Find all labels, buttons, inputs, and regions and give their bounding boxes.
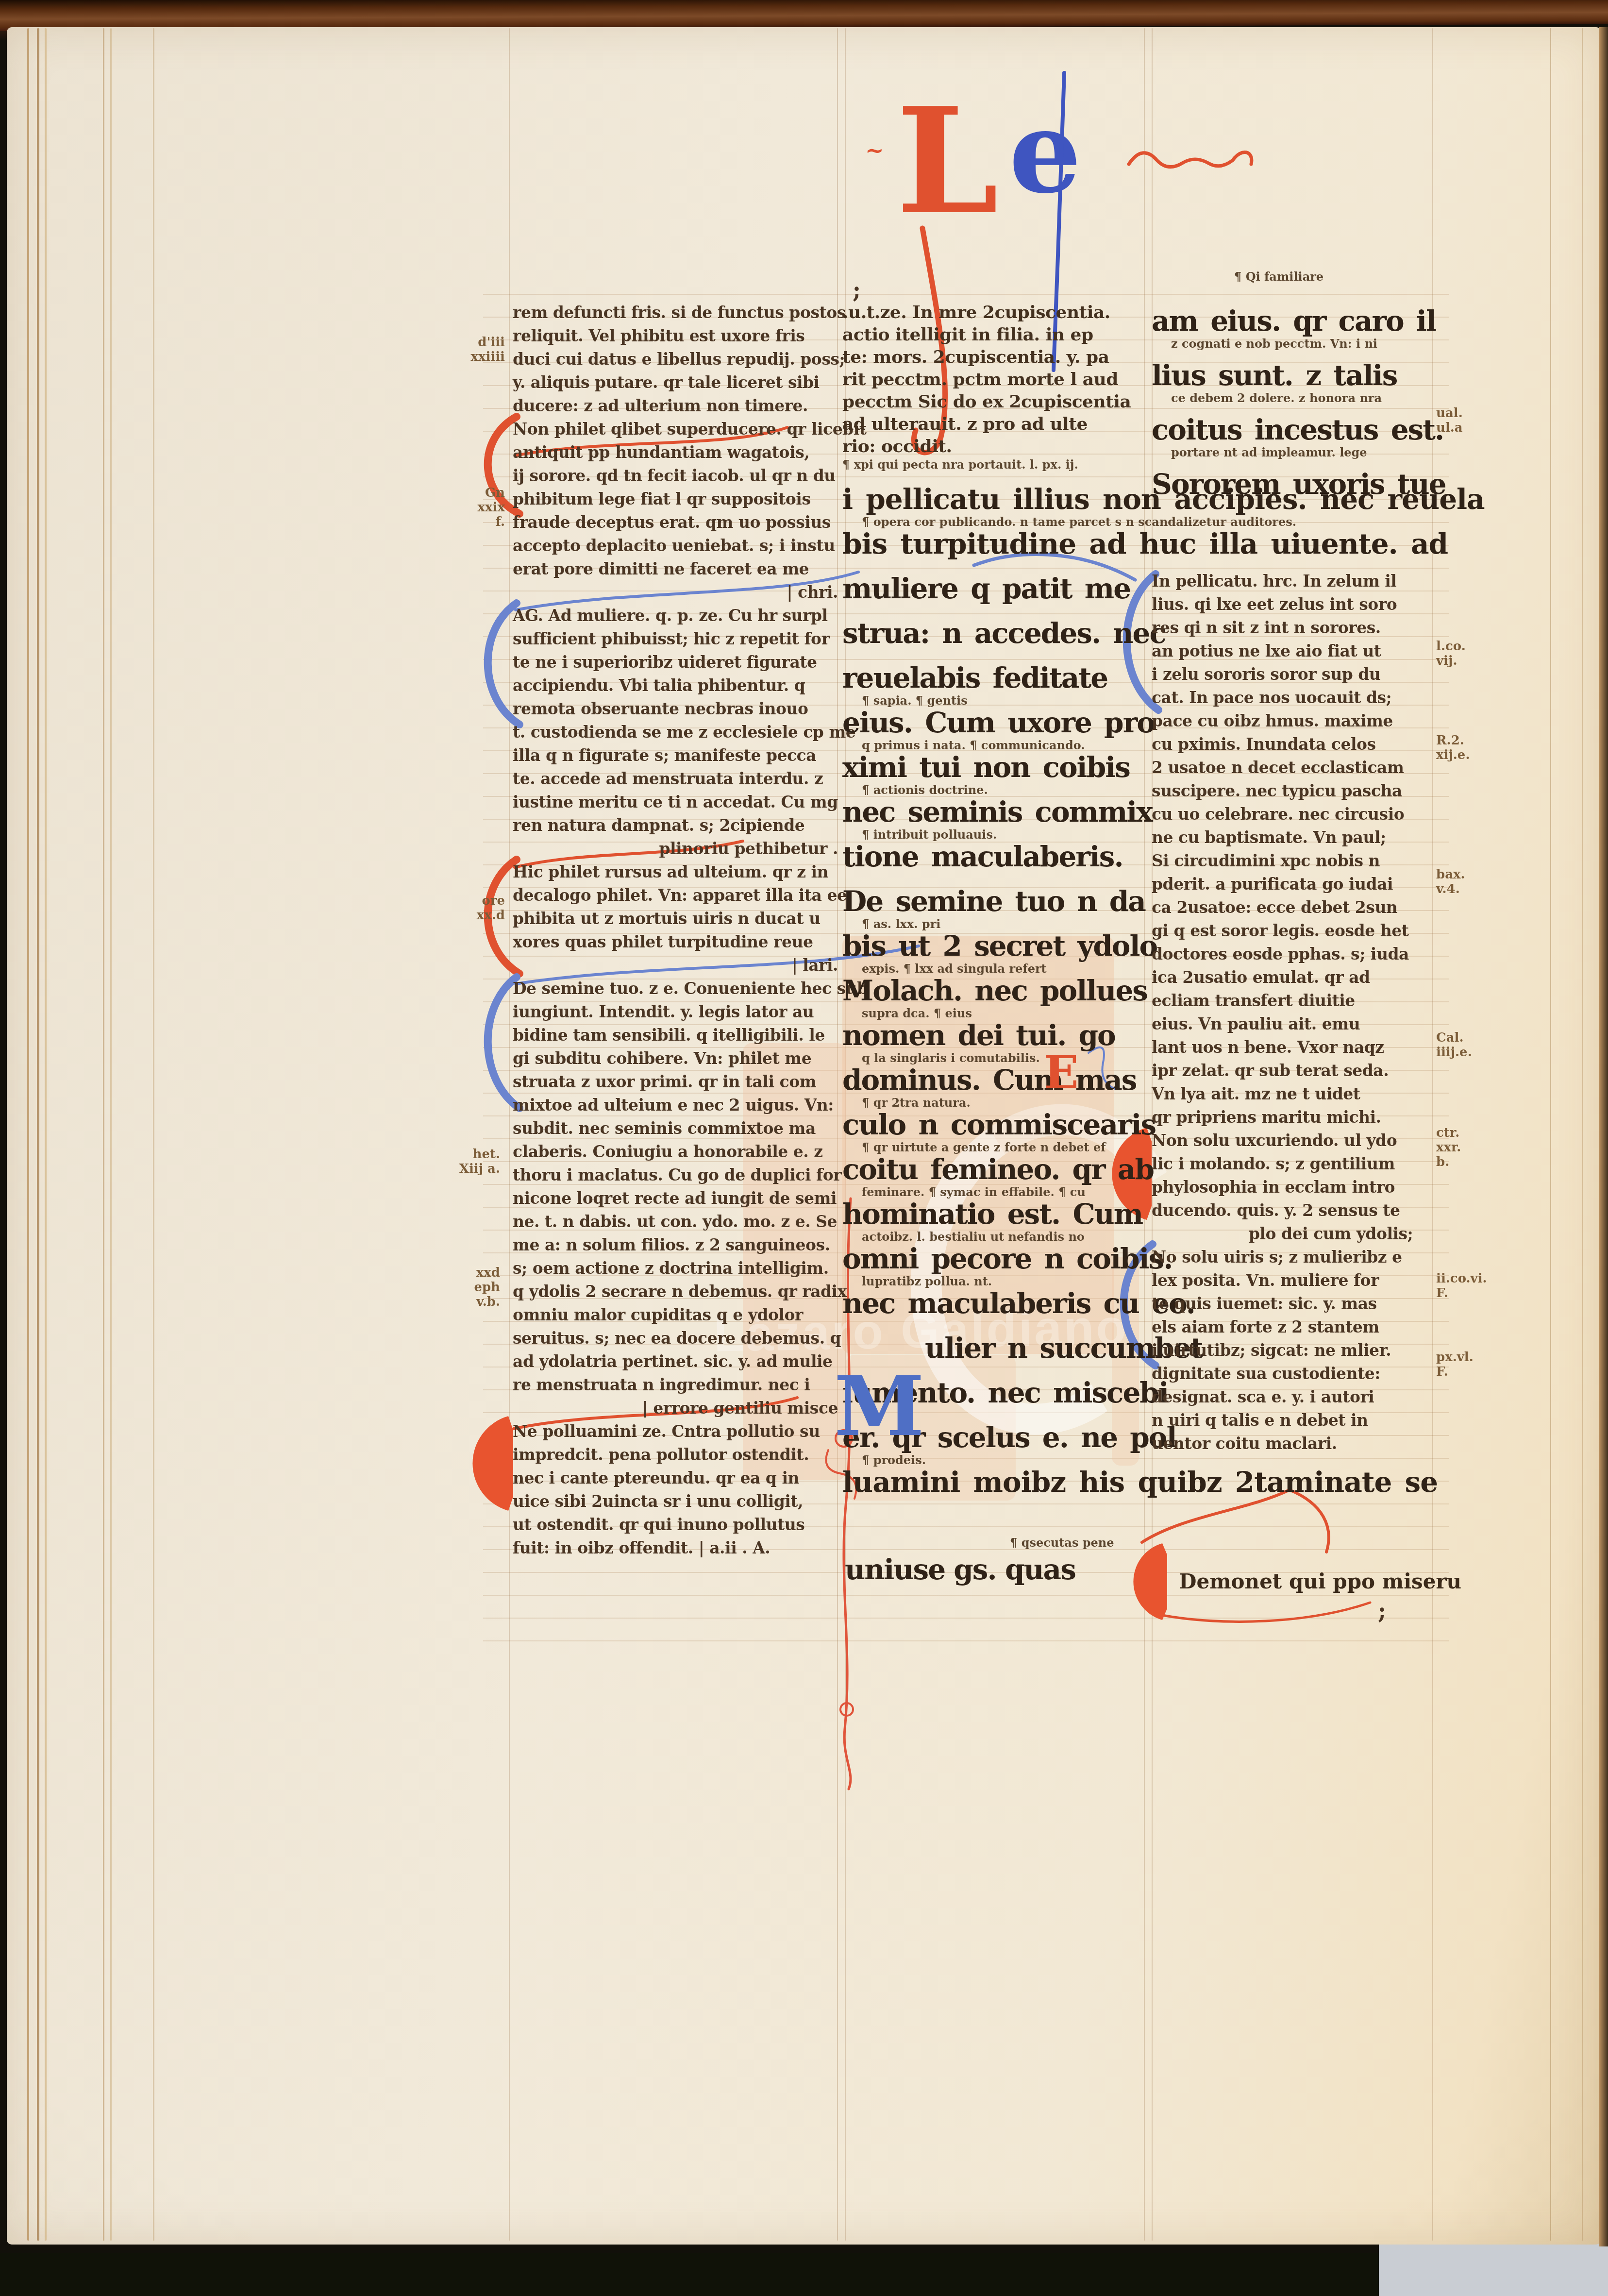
gloss-line: fuit: in oibz offendit. | a.ii . A. [513, 1536, 838, 1560]
bible-line: hominatio est. Cum [842, 1198, 1142, 1231]
page-stack-edge [45, 28, 47, 2241]
gloss-line: nicone loqret recte ad iungit de semi [513, 1187, 838, 1210]
bible-line: omni pecore n coibis. [842, 1242, 1172, 1275]
bible-text-row: ce debem 2 dolere. z honora nracoitus in… [1152, 393, 1443, 447]
bible-text-row: supra dca. ¶ eiusnomen dei tui. go [842, 1008, 1134, 1053]
bible-text-row: q primus i nata. ¶ communicando.ximi tui… [842, 740, 1134, 785]
gloss-line: ecliam transfert diuitie [1152, 989, 1443, 1013]
gloss-line: | errore gentiliu misce [513, 1397, 838, 1420]
gloss-line: y. aliquis putare. qr tale liceret sibi [513, 371, 838, 394]
gloss-line: No solu uiris s; z mulieribz e [1152, 1246, 1443, 1269]
paragraph-mark: ; [853, 277, 861, 303]
interlinear-gloss: feminare. ¶ symac in effabile. ¶ cu [862, 1185, 1086, 1199]
gloss-line: rit pecctm. pctm morte l aud [842, 368, 1134, 390]
gloss-line: ij sorore. qd tn fecit iacob. ul qr n du [513, 464, 838, 488]
header-flourish-mark: ~ [865, 137, 884, 163]
gloss-line: ren natura dampnat. s; 2cipiende [513, 814, 838, 837]
bible-text-row: ¶ as. lxx. pribis ut 2 secret ydolo [842, 919, 1134, 963]
gloss-line: Non philet qlibet superducere. qr licebi… [513, 418, 838, 441]
gloss-line: struata z uxor primi. qr in tali com [513, 1070, 838, 1094]
interlinear-gloss: portare nt ad impleamur. lege [1171, 445, 1367, 459]
gloss-line: res qi n sit z int n sorores. [1152, 616, 1443, 640]
bible-line: Molach. nec pollues [842, 974, 1147, 1007]
gloss-line: seruitus. s; nec ea docere debemus. q [513, 1327, 838, 1350]
margin-note: R.2. xij.e. [1436, 733, 1470, 762]
margin-note: bax. v.4. [1436, 867, 1465, 896]
gloss-line: lant uos n bene. Vxor naqz [1152, 1036, 1443, 1059]
page-fold-line [1550, 28, 1551, 2241]
bible-line: De semine tuo n da [842, 885, 1145, 918]
bible-line: tione maculaberis. [842, 840, 1123, 873]
page-stack-edge [37, 28, 39, 2241]
page-fold-line [1582, 28, 1583, 2241]
bible-text-row: muliere q patit me [842, 561, 1134, 606]
bible-line: ximi tui non coibis [842, 751, 1130, 784]
interlinear-gloss: ¶ qr 2tra natura. [862, 1096, 971, 1110]
gloss-line: ca 2usatoe: ecce debet 2sun [1152, 896, 1443, 919]
gloss-line: | lari. [513, 954, 838, 977]
gloss-line: i uirtutibz; sigcat: ne mlier. [1152, 1339, 1443, 1362]
gloss-line: te quis iuemet: sic. y. mas [1152, 1292, 1443, 1316]
gloss-line: gi q est soror legis. eosde het [1152, 919, 1443, 943]
gloss-line: iungiunt. Intendit. y. legis lator au [513, 1000, 838, 1024]
gloss-line: q ydolis 2 secrare n debemus. qr radix [513, 1280, 838, 1303]
gloss-line: ad ulterauit. z pro ad ulte [842, 413, 1134, 435]
gloss-line: reliquit. Vel phibitu est uxore fris [513, 324, 838, 348]
gloss-demonet: Demonet qui ppo miseru [1179, 1570, 1461, 1593]
bible-text-row: actoibz. l. bestialiu ut nefandis noomni… [842, 1232, 1134, 1276]
gloss-line: phylosophia in ecclam intro [1152, 1176, 1443, 1199]
gloss-line: s; oem actione z doctrina intelligim. [513, 1257, 838, 1280]
bible-text-row: ¶ qr 2tra natura.culo n commiscearis [842, 1097, 1134, 1142]
interlinear-gloss: ¶ Qi familiare [1152, 270, 1443, 284]
bible-line-wide: ¶ prodeis.luamini moibz his quibz 2tamin… [842, 1455, 1432, 1500]
interlinear-gloss: expis. ¶ lxx ad singula refert [862, 962, 1047, 976]
bible-line: strua: n accedes. nec [842, 617, 1166, 650]
gloss-line: mixtoe ad ulteium e nec 2 uigus. Vn: [513, 1094, 838, 1117]
bible-line-universe: uniuse gs. quas [845, 1553, 1075, 1586]
gloss-line: sufficient phibuisst; hic z repetit for [513, 627, 838, 651]
gloss-line: duci cui datus e libellus repudij. poss; [513, 348, 838, 371]
spacer [1152, 502, 1443, 570]
gloss-line: remota obseruante necbras inouo [513, 697, 838, 721]
gloss-line: omniu malor cupiditas q e ydolor [513, 1303, 838, 1327]
bible-text-row: ¶ intribuit polluauis.tione maculaberis. [842, 829, 1134, 874]
bible-text-row: ¶ actionis doctrine.nec seminis commix [842, 785, 1134, 829]
gloss-line: pace cu oibz hmus. maxime [1152, 709, 1443, 733]
gloss-line: doctores eosde pphas. s; iuda [1152, 943, 1443, 966]
gloss-line: In pellicatu. hrc. In zelum il [1152, 570, 1443, 593]
gloss-line: fraude deceptus erat. qm uo possius [513, 511, 838, 534]
bible-line: lius sunt. z talis [1152, 359, 1397, 392]
gloss-line: qr pripriens maritu michi. [1152, 1106, 1443, 1129]
margin-note: ore xx.d [456, 894, 505, 923]
gloss-line: | chri. [513, 581, 838, 604]
interlinear-gloss: ¶ intribuit polluauis. [862, 827, 997, 842]
margin-note: ctr. xxr. b. [1436, 1126, 1461, 1169]
bible-text-row: lupratibz pollua. nt.nec maculaberis cu … [842, 1276, 1134, 1321]
bible-line: nec seminis commix [842, 795, 1152, 828]
gloss-line: De semine tuo. z e. Conueniente hec sub [513, 977, 838, 1000]
gloss-line: ne. t. n dabis. ut con. ydo. mo. z e. Se [513, 1210, 838, 1233]
bible-text-row: De semine tuo n da [842, 874, 1134, 919]
gloss-line: Si circudimini xpc nobis n [1152, 849, 1443, 873]
interlinear-gloss: z cognati e nob pecctm. Vn: i ni [1171, 337, 1377, 351]
middle-column: .u.t.ze. In mre 2cupiscentia.actio itell… [842, 301, 1134, 1500]
margin-note: ii.co.vi. F. [1436, 1271, 1487, 1300]
bible-text-row: portare nt ad impleamur. legeSororem uxo… [1152, 447, 1443, 502]
bible-text-row: ¶ qr uirtute a gente z forte n debet efc… [842, 1142, 1134, 1187]
gloss-line: thoru i maclatus. Cu go de duplici for [513, 1164, 838, 1187]
gloss-line: pderit. a purificata go iudai [1152, 873, 1443, 896]
gloss-line: Ne polluamini ze. Cntra pollutio su [513, 1420, 838, 1443]
gloss-line: ut ostendit. qr qui inuno pollutus [513, 1513, 838, 1536]
interlinear-gloss: q la singlaris i comutabilis. [862, 1051, 1040, 1065]
margin-note: xxd eph v.b. [452, 1266, 500, 1309]
bible-line: Sororem uxoris tue [1152, 468, 1446, 501]
bible-line: coitu femineo. qr ab [842, 1153, 1154, 1186]
bible-line: dominus. Cum mas [842, 1064, 1137, 1097]
bible-line: eius. Cum uxore pro [842, 706, 1155, 739]
bible-text-row: ¶ sapia. ¶ gentiseius. Cum uxore pro [842, 695, 1134, 740]
bible-line: coitus incestus est. [1152, 413, 1443, 446]
page-stack-edge [27, 28, 29, 2241]
gloss-line: me a: n solum filios. z 2 sanguineos. [513, 1233, 838, 1257]
dark-background-bottom [0, 2253, 1608, 2296]
gloss-line: cu pximis. Inundata celos [1152, 733, 1443, 756]
gloss-line: uentor coitu maclari. [1152, 1432, 1443, 1455]
gloss-line: erat pore dimitti ne faceret ea me [513, 557, 838, 581]
gloss-line: ducere: z ad ulterium non timere. [513, 394, 838, 418]
gloss-line: subdit. nec seminis commixtoe ma [513, 1117, 838, 1140]
gloss-line: bidine tam sensibili. q itelligibili. le [513, 1024, 838, 1047]
gloss-line: .u.t.ze. In mre 2cupiscentia. [842, 301, 1134, 323]
wood-shelf-top [0, 0, 1608, 31]
gloss-line: phibitum lege fiat l qr suppositois [513, 488, 838, 511]
left-gloss-column: rem defuncti fris. si de functus postosr… [513, 301, 838, 1560]
interlinear-gloss: ¶ as. lxx. pri [862, 917, 940, 931]
gloss-line: rem defuncti fris. si de functus postos [513, 301, 838, 324]
gloss-line: an potius ne lxe aio fiat ut [1152, 640, 1443, 663]
paragraph-mark: ; [1378, 1598, 1386, 1624]
bible-text-row: feminare. ¶ symac in effabile. ¶ cuhomin… [842, 1187, 1134, 1232]
gloss-line: ica 2usatio emulat. qr ad [1152, 966, 1443, 989]
gloss-line: gi subditu cohibere. Vn: philet me [513, 1047, 838, 1070]
bible-text-row: expis. ¶ lxx ad singula refertMolach. ne… [842, 963, 1134, 1008]
gloss-line: els aiam forte z 2 stantem [1152, 1316, 1443, 1339]
bible-text-row: am eius. qr caro il [1152, 284, 1443, 338]
margin-note: d'iii xxiiii [456, 335, 505, 364]
gloss-line: lex posita. Vn. muliere for [1152, 1269, 1443, 1292]
bible-line: culo n commiscearis [842, 1108, 1156, 1141]
gloss-line: accepto deplacito ueniebat. s; i instu [513, 534, 838, 557]
gloss-line: plinoriu pethibetur . [513, 837, 838, 861]
lombard-initial-M: M [834, 1366, 924, 1447]
interlinear-gloss: ¶ xpi qui pecta nra portauit. l. px. ij. [842, 457, 1134, 472]
interlinear-gloss: ¶ prodeis. [862, 1453, 926, 1467]
gloss-line: Hic philet rursus ad ulteium. qr z in [513, 861, 838, 884]
gloss-line: cu uo celebrare. nec circusio [1152, 803, 1443, 826]
margin-note: Cal. iiij.e. [1436, 1030, 1472, 1060]
lombard-initial-E: E [1044, 1050, 1079, 1096]
gloss-line: ipr zelat. qr sub terat seda. [1152, 1059, 1443, 1082]
gloss-line: suscipere. nec typicu pascha [1152, 779, 1443, 803]
interlinear-gloss: ¶ qr uirtute a gente z forte n debet ef [862, 1140, 1106, 1154]
right-column: ¶ Qi familiaream eius. qr caro ilz cogna… [1152, 270, 1443, 1455]
gloss-line: illa q n figurate s; manifeste pecca [513, 744, 838, 767]
margin-note: l.co. vij. [1436, 639, 1466, 668]
gloss-line: i zelu sororis soror sup du [1152, 663, 1443, 686]
interlinear-gloss: ¶ qsecutas pene [1010, 1536, 1114, 1550]
margin-note: Gn xxix f. [456, 486, 505, 529]
interlinear-gloss: ¶ sapia. ¶ gentis [862, 693, 968, 708]
bible-text-row: q la singlaris i comutabilis.dominus. Cu… [842, 1053, 1134, 1097]
gloss-line: Non solu uxcuriendo. ul ydo [1152, 1129, 1443, 1152]
bible-line: bis ut 2 secret ydolo [842, 929, 1157, 962]
gloss-line: plo dei cum ydolis; [1152, 1222, 1443, 1246]
gloss-line: ne cu baptismate. Vn paul; [1152, 826, 1443, 849]
page-fold-line [153, 28, 154, 2241]
margin-note: px.vl. F. [1436, 1350, 1474, 1379]
interlinear-gloss: ¶ actionis doctrine. [862, 783, 988, 797]
gloss-line: accipiendu. Vbi talia phibentur. q [513, 674, 838, 697]
gloss-line: antiquit pp hundantiam wagatois, [513, 441, 838, 464]
bible-text-row: reuelabis feditate [842, 651, 1134, 695]
gloss-line: cat. In pace nos uocauit ds; [1152, 686, 1443, 709]
bible-line: luamini moibz his quibz 2taminate se [842, 1466, 1438, 1499]
interlinear-gloss: q primus i nata. ¶ communicando. [862, 738, 1085, 752]
interlinear-gloss: supra dca. ¶ eius [862, 1006, 972, 1020]
gloss-line: dignitate sua custodiente: [1152, 1362, 1443, 1385]
gloss-line: eius. Vn pauliu ait. emu [1152, 1013, 1443, 1036]
gloss-line: AG. Ad muliere. q. p. ze. Cu hr surpl [513, 604, 838, 627]
gloss-line: te ne i superioribz uideret figurate [513, 651, 838, 674]
bible-text-row: strua: n accedes. nec [842, 606, 1134, 651]
bible-line: nec maculaberis cu eo. [842, 1287, 1195, 1320]
gloss-line: re menstruata n ingredimur. nec i [513, 1373, 838, 1397]
gloss-line: claberis. Coniugiu a honorabile e. z [513, 1140, 838, 1164]
margin-note: ual. ul.a [1436, 406, 1463, 435]
gloss-line: ducendo. quis. y. 2 sensus te [1152, 1199, 1443, 1222]
gloss-line: designat. sca e. y. i autori [1152, 1385, 1443, 1409]
gloss-line: rio: occidit. [842, 435, 1134, 457]
gloss-line: pecctm Sic do ex 2cupiscentia [842, 390, 1134, 413]
page-stack-edge [110, 28, 112, 2241]
gloss-line: nec i cante ptereundu. qr ea q in [513, 1467, 838, 1490]
page-block-edge [1599, 27, 1608, 2246]
interlinear-gloss: lupratibz pollua. nt. [862, 1274, 992, 1288]
gloss-line: decalogo philet. Vn: apparet illa ita ee [513, 884, 838, 907]
interlinear-gloss: ce debem 2 dolere. z honora nra [1171, 391, 1382, 405]
gloss-line: Vn lya ait. mz ne t uidet [1152, 1082, 1443, 1106]
ruling-line-vertical [509, 28, 510, 2241]
gloss-line: xores quas philet turpitudine reue [513, 930, 838, 954]
page-stack-edge [103, 28, 104, 2241]
gloss-line: phibita ut z mortuis uiris n ducat u [513, 907, 838, 930]
running-title-letter-e: e [1009, 95, 1082, 209]
bible-line: muliere q patit me [842, 572, 1130, 605]
gloss-line: ad ydolatria pertinet. sic. y. ad mulie [513, 1350, 838, 1373]
bible-line: reuelabis feditate [842, 661, 1107, 694]
bible-line: am eius. qr caro il [1152, 304, 1436, 338]
gloss-line: te: mors. 2cupiscentia. y. pa [842, 346, 1134, 368]
gloss-line: te. accede ad menstruata interdu. z [513, 767, 838, 791]
gloss-line: impredcit. pena pollutor ostendit. [513, 1443, 838, 1467]
gloss-line: t. custodienda se me z ecclesiele cp me [513, 721, 838, 744]
bible-text-row: z cognati e nob pecctm. Vn: i nilius sun… [1152, 338, 1443, 393]
gloss-line: iustine meritu ce ti n accedat. Cu mg [513, 791, 838, 814]
running-title-letter-L: L [896, 88, 999, 234]
gloss-line: lius. qi lxe eet zelus int soro [1152, 593, 1443, 616]
gloss-line: uice sibi 2uincta sr i unu colligit, [513, 1490, 838, 1513]
gloss-line: 2 usatoe n decet ecclasticam [1152, 756, 1443, 779]
margin-note: het. Xiij a. [452, 1147, 500, 1176]
gloss-line: n uiri q talis e n debet in [1152, 1409, 1443, 1432]
gloss-line: lic i molando. s; z gentilium [1152, 1152, 1443, 1176]
gloss-line: actio itelligit in filia. in ep [842, 323, 1134, 346]
interlinear-gloss: actoibz. l. bestialiu ut nefandis no [862, 1230, 1085, 1244]
